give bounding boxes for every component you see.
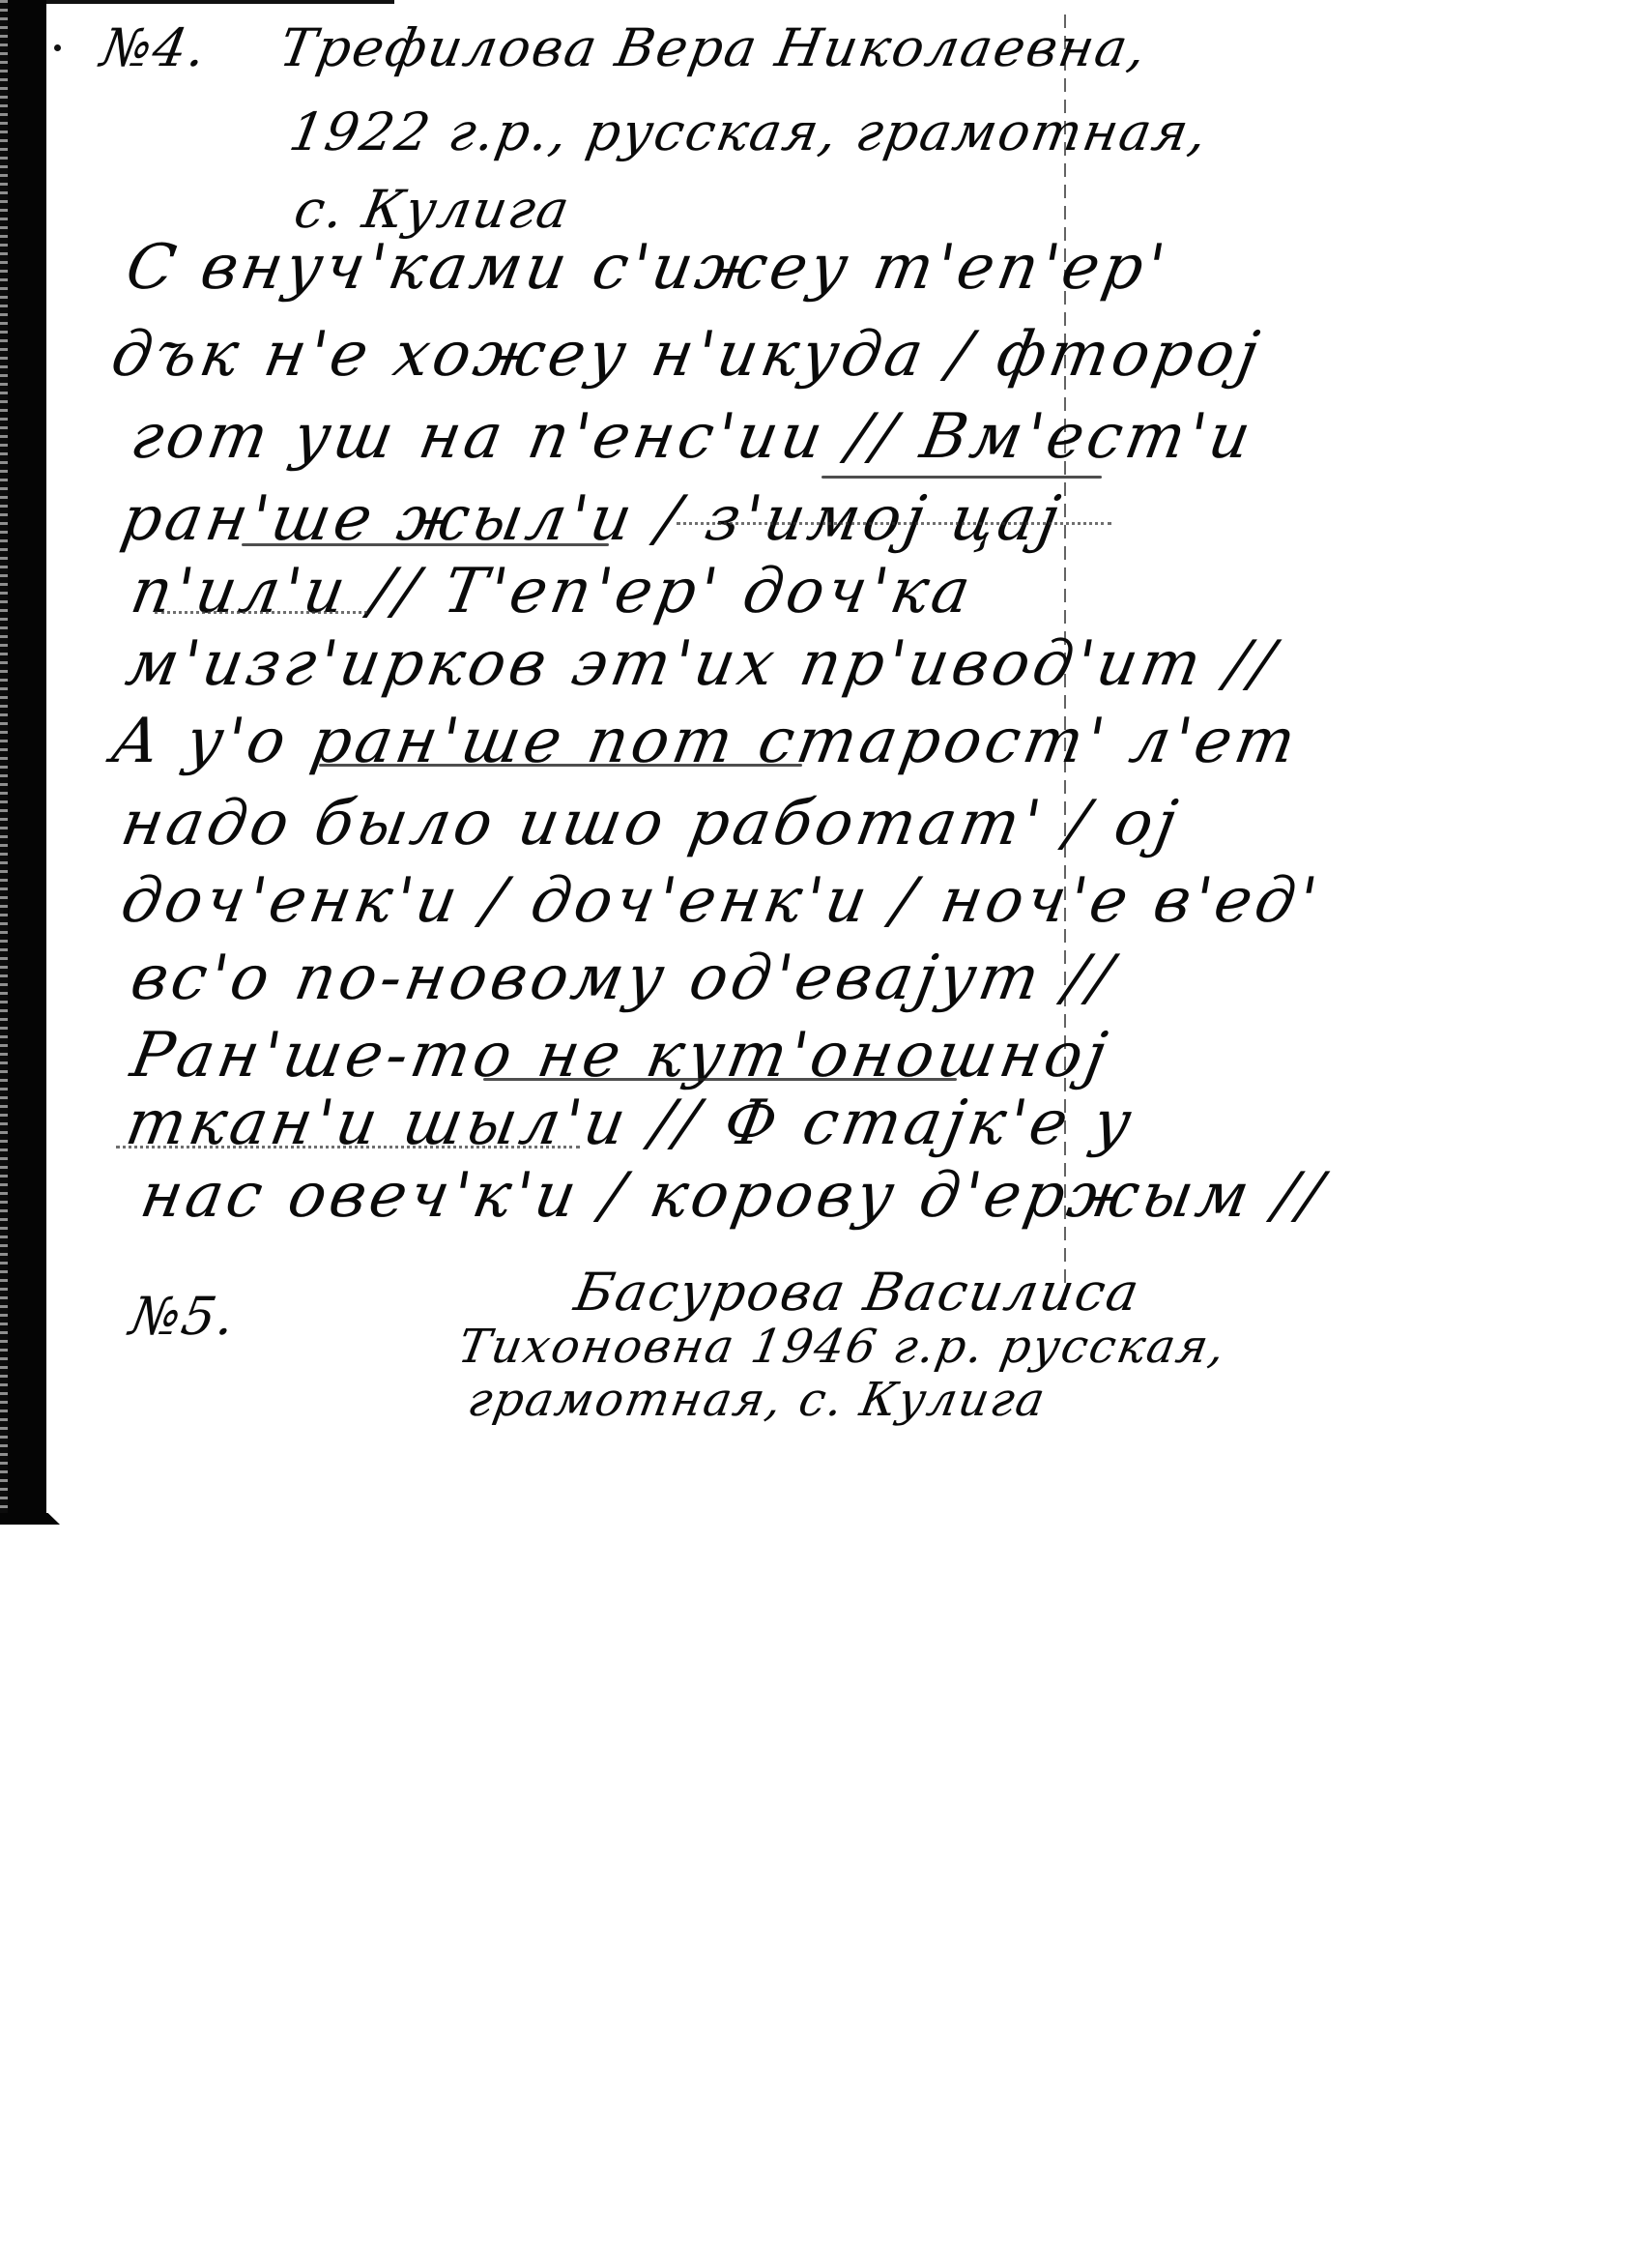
informant-village: грамотная, с. Кулига	[464, 1373, 1051, 1427]
transcript-line: С внуч'ками с'ижеу т'еп'ер'	[121, 232, 1173, 304]
informant-name: Трефилова Вера Николаевна,	[275, 17, 1152, 78]
faint-underline	[116, 1146, 580, 1149]
transcript-line: п'ил'и // Т'еп'ер' доч'ка	[126, 556, 979, 627]
transcript-line: гот уш на п'енс'ии // Вм'ест'и	[126, 401, 1259, 473]
transcript-line: доч'енк'и / доч'енк'и / ноч'е в'ед'	[116, 865, 1326, 937]
informant-village: с. Кулига	[290, 179, 575, 240]
faint-underline	[155, 611, 367, 614]
informant-details: 1922 г.р., русская, грамотная,	[285, 102, 1213, 162]
transcript-line: вс'о по-новому од'еваjут //	[126, 943, 1121, 1014]
bullet-dot	[54, 44, 61, 51]
overline-stroke	[242, 543, 609, 546]
informant-name: Басурова Василиса	[570, 1262, 1145, 1323]
transcript-line: м'изг'ирков эт'их пр'ивод'ит //	[121, 628, 1283, 700]
binding-foot	[0, 1513, 60, 1525]
informant-details: Тихоновна 1946 г.р. русская,	[454, 1320, 1231, 1374]
underline-stroke	[319, 764, 802, 767]
binding-scan-noise	[0, 0, 8, 1518]
transcript-line: нас овеч'к'и / корову д'ержым //	[135, 1160, 1331, 1232]
faint-underline	[677, 522, 1111, 525]
entry-number: №5.	[126, 1286, 242, 1347]
transcript-line: дък н'е хожеу н'икуда / фтороj	[106, 319, 1267, 391]
underline-stroke	[483, 1078, 957, 1081]
entry-number: №4.	[97, 17, 213, 78]
underline-stroke	[821, 476, 1102, 479]
top-edge-rule	[46, 0, 394, 4]
transcript-line: надо было ишо работат' / оj	[116, 788, 1186, 859]
